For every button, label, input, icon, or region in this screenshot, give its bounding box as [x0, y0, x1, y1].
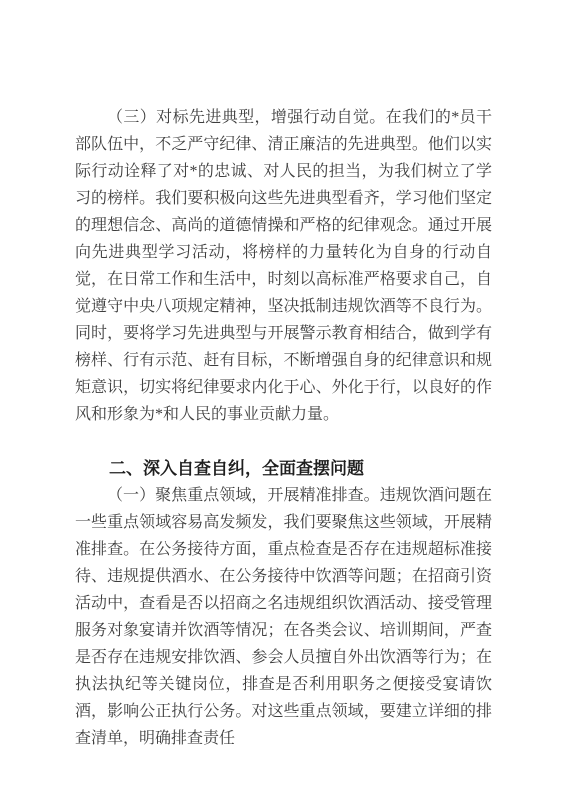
document-page: （三）对标先进典型，增强行动自觉。在我们的*员干部队伍中，不乏严守纪律、清正廉洁…: [0, 0, 570, 807]
paragraph-section-three: （三）对标先进典型，增强行动自觉。在我们的*员干部队伍中，不乏严守纪律、清正廉洁…: [75, 104, 492, 428]
section-heading-two: 二、深入自查自纠，全面查摆问题: [75, 455, 492, 482]
paragraph-section-one: （一）聚焦重点领域，开展精准排查。违规饮酒问题在一些重点领域容易高发频发，我们要…: [75, 482, 492, 752]
